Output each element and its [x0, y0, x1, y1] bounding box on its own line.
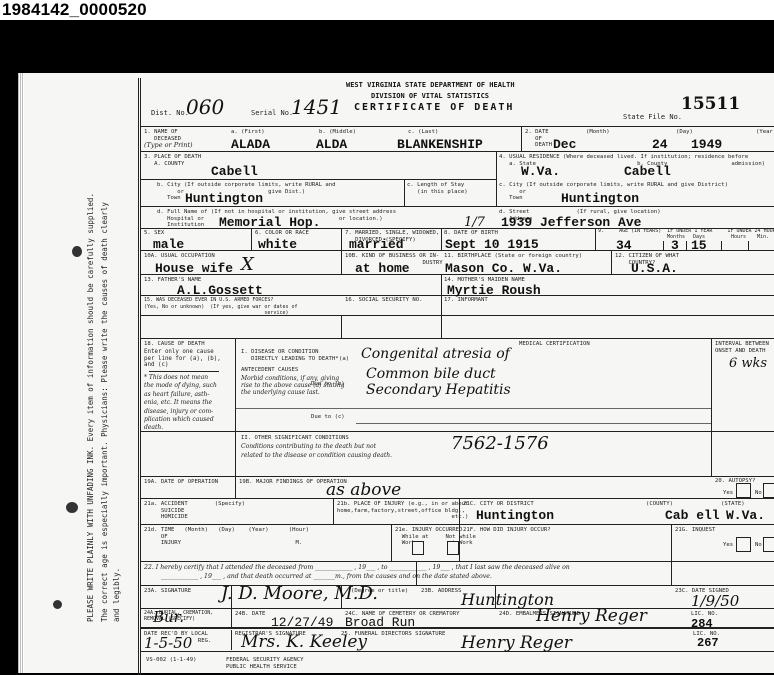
age-years: 34: [616, 238, 632, 253]
certify-line-2: ____________ , 19___ , and that death oc…: [161, 573, 492, 582]
inquest-no-checkbox[interactable]: [763, 537, 774, 552]
f25-label: 25. FUNERAL DIRECTORS SIGNATURE: [341, 631, 445, 638]
birth-date-value: Sept 10 1915: [445, 237, 539, 252]
f2-month-label: (Month): [586, 129, 610, 136]
f23b-label: 23b. ADDRESS: [421, 588, 461, 595]
f2-label: 2. DATE OF DEATH: [525, 129, 552, 149]
margin-note-1: PLEASE WRITE PLAINLY WITH UNFADING INK. …: [86, 193, 95, 622]
autopsy-no-label: No: [755, 490, 762, 497]
f21c-label: 21c. CITY OR DISTRICT: [463, 501, 534, 508]
race-value: white: [258, 237, 297, 252]
disposition-value: Bur.: [153, 608, 184, 626]
physician-signature: J. D. Moore, M.D.: [221, 583, 378, 604]
certificate-form: WEST VIRGINIA STATE DEPARTMENT OF HEALTH…: [138, 78, 774, 634]
state-file-label: State File No.: [623, 114, 682, 121]
f17-label: 17. INFORMANT: [444, 297, 488, 304]
dist-label: Dist. No.: [151, 110, 189, 117]
injury-state: W.Va.: [726, 508, 765, 523]
residence-state: W.Va.: [521, 164, 560, 179]
autopsy-yes-label: Yes: [723, 490, 733, 497]
residence-county: Cabell: [624, 164, 671, 179]
embalmer-signature: Henry Reger: [536, 606, 647, 626]
f2-year-label: (Year): [756, 129, 774, 136]
serial-label: Serial No.: [251, 110, 293, 117]
funeral-director-signature: Henry Reger: [461, 633, 572, 653]
business-value: at home: [355, 261, 410, 276]
interval-value: 6 wks: [729, 356, 767, 371]
agency-line-2: DIVISION OF VITAL STATISTICS: [371, 92, 489, 100]
f1-last-label: c. (Last): [408, 129, 438, 136]
certificate-form-bottom: DATE REC'D BY LOCAL REG. 1-5-50 REGISTRA…: [138, 630, 774, 675]
f18-c-label: Due to (c): [311, 414, 345, 421]
footer-agency-2: PUBLIC HEALTH SERVICE: [226, 664, 297, 671]
punch-hole-mark: [66, 502, 78, 513]
f18-a-label: (a): [339, 356, 349, 363]
hospital-note: 1/7: [464, 215, 485, 230]
funeral-director-lic: 267: [697, 636, 719, 650]
injury-county: Cab ell: [665, 508, 720, 523]
f1-middle-label: b. (Middle): [319, 129, 356, 136]
death-hospital: Memorial Hop.: [219, 215, 320, 230]
inquest-yes-checkbox[interactable]: [736, 537, 751, 552]
f21c-state-label: (STATE): [721, 501, 745, 508]
f23a-label: 23a. SIGNATURE: [144, 588, 191, 595]
death-county: Cabell: [211, 164, 258, 179]
serial-value: 1451: [291, 95, 342, 119]
f18-other-desc: Conditions contributing to the death but…: [241, 442, 392, 460]
local-reg-date: 1-5-50: [144, 634, 192, 652]
f3-label: 3. PLACE OF DEATH a. County: [144, 154, 201, 167]
margin-note-3: and legibly.: [112, 568, 121, 622]
medical-cert-label: MEDICAL CERTIFICATION: [519, 341, 590, 348]
deceased-last-name: BLANKENSHIP: [397, 137, 483, 152]
f9-min-label: Min.: [757, 234, 769, 241]
f16-label: 16. SOCIAL SECURITY NO.: [345, 297, 422, 304]
birthplace-value: Mason Co. W.Va.: [445, 261, 562, 276]
operation-findings: as above: [326, 480, 401, 500]
deceased-first-name: ALADA: [231, 137, 270, 152]
age-days: 15: [691, 238, 707, 253]
while-at-work-checkbox[interactable]: [412, 541, 424, 555]
f6-label: 6. COLOR OR RACE: [255, 230, 309, 237]
state-file-value: 15511: [681, 94, 740, 114]
death-month: Dec: [553, 137, 576, 152]
embalmer-lic: 284: [691, 617, 713, 631]
punch-hole-mark: [72, 246, 82, 257]
f18-instruction: Enter only one cause per line for (a), (…: [144, 349, 221, 369]
date-signed: 1/9/50: [691, 592, 739, 610]
f21b-label: 21b. PLACE OF INJURY (e.g., in or about …: [337, 501, 468, 521]
not-while-at-work-checkbox[interactable]: [447, 541, 459, 555]
f21c-county-label: (COUNTY): [646, 501, 673, 508]
occupation-mark: X: [241, 254, 254, 275]
f18-label: 18. CAUSE OF DEATH: [144, 341, 205, 348]
father-name: A.L.Gossett: [177, 283, 263, 298]
footer-agency-1: FEDERAL SECURITY AGENCY: [226, 657, 303, 664]
margin-note-2: The correct age is especially important.…: [100, 202, 109, 622]
deceased-middle-name: ALDA: [316, 137, 347, 152]
cause-code: 7562-1576: [451, 433, 549, 454]
agency-line-1: WEST VIRGINIA STATE DEPARTMENT OF HEALTH: [346, 81, 515, 89]
certificate-title: CERTIFICATE OF DEATH: [354, 102, 514, 113]
f18-antecedent-label: ANTECEDENT CAUSES: [241, 367, 298, 374]
f9-label: 9. AGE (In years) IF UNDER 1 YEAR IF UND…: [598, 228, 774, 235]
f19a-label: 19a. DATE OF OPERATION: [144, 479, 218, 486]
f9-hours-label: Hours: [731, 234, 746, 241]
age-months: 3: [671, 238, 679, 253]
certify-line-1: 22. I hereby certify that I attended the…: [144, 564, 570, 573]
f18-b-label: Due to (b): [311, 381, 345, 388]
autopsy-no-checkbox[interactable]: [763, 483, 774, 498]
cemetery-name: Broad Run: [345, 615, 415, 630]
cause-b-2: Secondary Hepatitis: [366, 382, 511, 398]
f21d-label: 21d. TIME (Month) (Day) (Year) (Hour) OF…: [144, 527, 309, 547]
f21a-label: 21a. ACCIDENT (Specify) SUICIDE HOMICIDE: [144, 501, 245, 521]
inquest-no-label: No: [755, 542, 762, 549]
f2-day-label: (Day): [676, 129, 693, 136]
f18-other-label: II. OTHER SIGNIFICANT CONDITIONS: [241, 435, 349, 442]
cause-b: Common bile duct: [366, 366, 496, 382]
dist-value: 060: [186, 95, 224, 119]
death-year: 1949: [691, 137, 722, 152]
f18-footnote: * This does not mean the mode of dying, …: [144, 374, 217, 433]
disposition-date: 12/27/49: [271, 615, 333, 630]
f15-label: 15. WAS DECEASED EVER IN U.S. ARMED FORC…: [144, 297, 298, 317]
inquest-yes-label: Yes: [723, 542, 733, 549]
punch-hole-mark: [53, 600, 62, 609]
f21f-label: 21f. HOW DID INJURY OCCUR?: [463, 527, 551, 534]
death-day: 24: [652, 137, 668, 152]
injury-city: Huntington: [476, 508, 554, 523]
f18-line1-label: I. DISEASE OR CONDITION DIRECTLY LEADING…: [241, 349, 339, 362]
citizenship-value: U.S.A.: [631, 261, 678, 276]
autopsy-yes-checkbox[interactable]: [736, 483, 751, 498]
f3-stay-label: c. Length of Stay (in this place): [407, 182, 468, 195]
f8-label: 8. DATE OF BIRTH: [444, 230, 498, 237]
f1-first-label: a. (First): [231, 129, 265, 136]
marital-value: married: [349, 237, 404, 252]
f11-label: 11. BIRTHPLACE (State or foreign country…: [444, 253, 582, 260]
f10a-label: 10a. USUAL OCCUPATION: [144, 253, 215, 260]
paper-edge: [18, 73, 24, 673]
f24b-label: 24b. DATE: [235, 611, 265, 618]
death-city: Huntington: [185, 191, 263, 206]
sex-value: male: [153, 237, 184, 252]
f5-label: 5. SEX: [144, 230, 164, 237]
residence-city: Huntington: [561, 191, 639, 206]
mother-maiden-name: Myrtie Roush: [447, 283, 541, 298]
f1-sublabel: (Type or Print): [144, 141, 193, 150]
f21g-label: 21g. INQUEST: [675, 527, 715, 534]
interval-label: INTERVAL BETWEEN ONSET AND DEATH: [715, 341, 769, 354]
form-number: VS-002 (1-1-49): [146, 657, 197, 664]
occupation-value: House wife: [155, 261, 233, 276]
cause-a: Congenital atresia of: [361, 346, 510, 362]
image-label: 1984142_0000520: [2, 0, 147, 20]
